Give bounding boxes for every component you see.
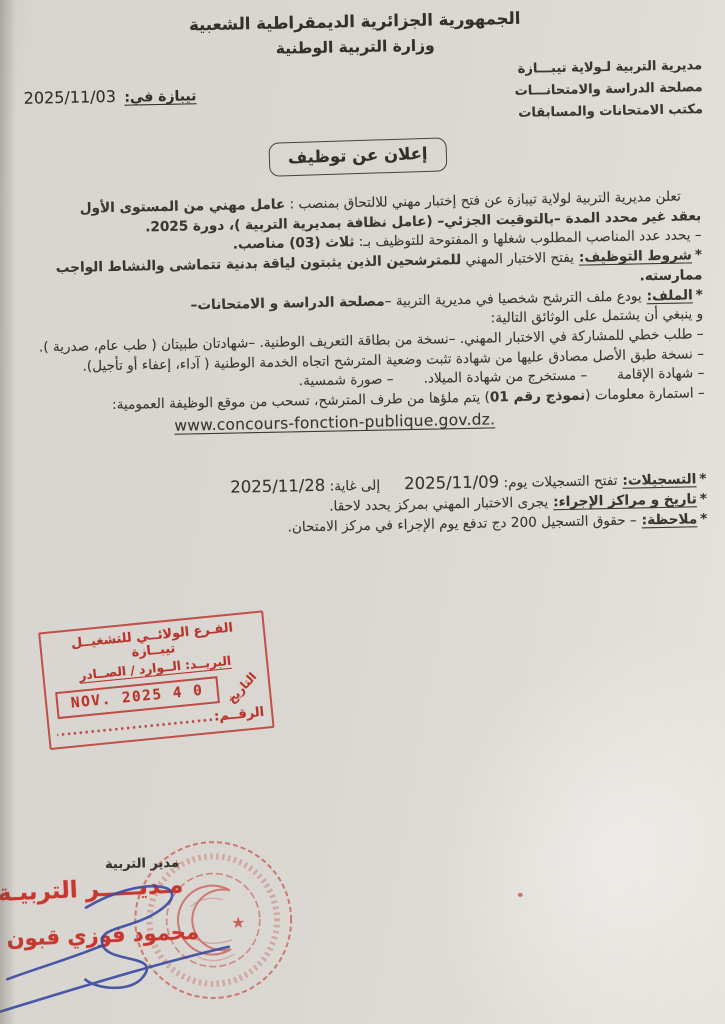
document-content: الجمهورية الجزائرية الديمقراطية الشعبية … <box>0 0 725 1024</box>
venue-label: تاريخ و مراكز الإجراء: <box>553 491 697 510</box>
document-body: تعلن مديرية التربية لولاية تيبازة عن فتح… <box>0 167 725 544</box>
birth-certificate-item: – مستخرج من شهادة الميلاد. <box>423 368 587 387</box>
form-text-pre: – استمارة معلومات ( <box>585 385 705 403</box>
letterhead-row: مديرية التربية لـولاية تيبـــازة مصلحة ا… <box>0 49 719 142</box>
form-number: نموذج رقم 01 <box>490 388 586 406</box>
seal-star-icon: ★ <box>231 914 245 932</box>
place-label: تيبازة في: <box>124 88 196 105</box>
issue-date: 2025/11/03 <box>23 87 116 108</box>
bullet-star-icon: * <box>695 287 702 303</box>
note-label: ملاحظة: <box>642 511 698 528</box>
director-typed-title: مدير التربية <box>105 856 179 872</box>
registration-close-date: 2025/11/28 <box>230 476 325 497</box>
issuing-office-block: مديرية التربية لـولاية تيبـــازة مصلحة ا… <box>514 55 703 125</box>
bullet-star-icon: * <box>700 511 707 527</box>
registration-open-text: تفتح التسجيلات يوم: <box>499 473 618 491</box>
announcement-title-box: إعلان عن توظيف <box>268 137 447 176</box>
bullet-star-icon: * <box>700 491 707 507</box>
conditions-text: يفتح الاختبار المهني <box>461 250 574 268</box>
public-service-website-url: www.concours-fonction-publique.gov.dz. <box>174 410 495 434</box>
file-label: الملف: <box>646 287 692 304</box>
registration-until-text: إلى غاية: <box>325 478 380 495</box>
signature-area: ★ ★ مدير التربية مـديـــــر التربيـة محم… <box>9 838 393 1024</box>
registration-label: التسجيلات: <box>622 472 696 489</box>
venue-text: يجرى الاختبار المهني بمركز يحدد لاحقا. <box>329 494 548 514</box>
bullet-star-icon: * <box>695 247 702 263</box>
photo-item: – صورة شمسية. <box>299 372 394 390</box>
file-text: يودع ملف الترشح شخصيا في مديرية التربية … <box>384 288 641 309</box>
scanned-document-page: الجمهورية الجزائرية الديمقراطية الشعبية … <box>0 0 725 1024</box>
file-office: مصلحة الدراسة و الامتحانات <box>197 293 385 313</box>
place-and-date: تيبازة في: 2025/11/03 <box>23 85 196 107</box>
employment-office-rect-stamp: الفـرع الولائــي للتشغيــل تيبــازة البر… <box>38 610 275 750</box>
positions-count: ثلاث (03) مناصب. <box>233 235 355 253</box>
conditions-label: شروط التوظيف: <box>579 247 692 265</box>
office-line: مكتب الامتحانات والمسابقات <box>515 99 703 125</box>
position-title: عامل مهني من المستوى الأول <box>80 197 286 217</box>
stamp-number-label: الرقــم: <box>213 705 264 725</box>
ink-speck <box>518 893 523 897</box>
bullet-star-icon: * <box>699 471 706 487</box>
residence-certificate-item: – شهادة الإقامة <box>617 365 704 383</box>
stamp-date-label: التاريخ <box>224 669 259 705</box>
registration-open-date: 2025/11/09 <box>404 472 499 493</box>
